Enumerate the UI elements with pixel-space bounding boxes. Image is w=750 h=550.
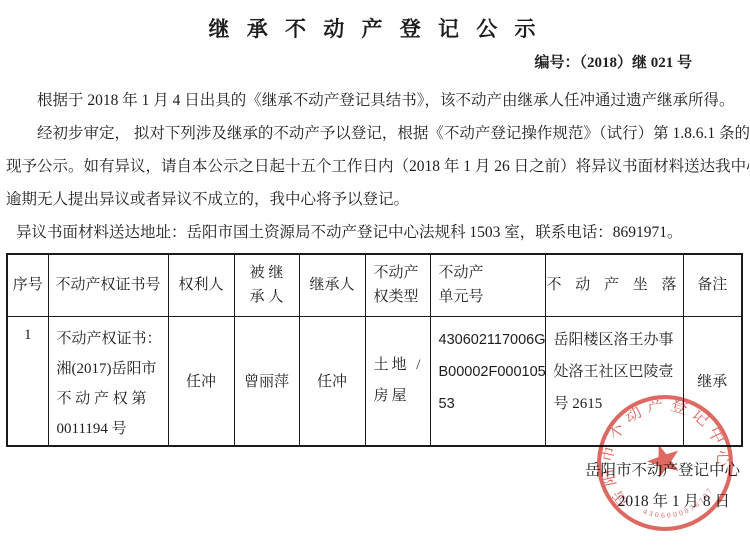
header-line: 单元号 bbox=[439, 285, 544, 309]
body-line-1: 根据于 2018 年 1 月 4 日出具的《继承不动产登记具结书》，该不动产由继… bbox=[6, 84, 744, 117]
col-header-cert: 不动产权证书号 bbox=[48, 254, 168, 316]
col-header-heir: 继承人 bbox=[299, 254, 365, 316]
col-header-type: 不动产 权类型 bbox=[365, 254, 430, 316]
col-header-holder: 权利人 bbox=[168, 254, 234, 316]
cell-line: 不 动 产 权 第 bbox=[57, 384, 164, 414]
cell-line: 53 bbox=[439, 388, 543, 420]
cell-holder: 任冲 bbox=[168, 316, 234, 446]
table-header-row: 序号 不动产权证书号 权利人 被 继 承 人 继承人 不动产 权类型 不动产 单… bbox=[7, 254, 742, 316]
issue-date: 2018 年 1 月 8 日 bbox=[6, 486, 740, 517]
table-row: 1 不动产权证书： 湘(2017)岳阳市 不 动 产 权 第 0011194 号… bbox=[7, 316, 742, 446]
header-line: 权类型 bbox=[374, 285, 429, 309]
cell-line: 岳阳楼区洛王办事 bbox=[554, 324, 679, 356]
page-title: 继 承 不 动 产 登 记 公 示 bbox=[6, 16, 744, 42]
notice-document: 继 承 不 动 产 登 记 公 示 编号：（2018）继 021 号 根据于 2… bbox=[0, 0, 750, 517]
cell-line: 湘(2017)岳阳市 bbox=[57, 354, 164, 384]
header-line: 被 继 bbox=[236, 261, 298, 285]
col-header-unit: 不动产 单元号 bbox=[430, 254, 545, 316]
cell-line: 土地 / bbox=[374, 350, 429, 381]
cell-line: 号 2615 bbox=[554, 388, 679, 420]
header-line: 不动产 bbox=[439, 261, 544, 285]
notice-body: 根据于 2018 年 1 月 4 日出具的《继承不动产登记具结书》，该不动产由继… bbox=[6, 84, 744, 249]
document-number: 编号：（2018）继 021 号 bbox=[6, 52, 744, 74]
body-line-2: 经初步审定， 拟对下列涉及继承的不动产予以登记，根据《不动产登记操作规范》（试行… bbox=[6, 117, 744, 150]
cell-note: 继承 bbox=[683, 316, 742, 446]
body-line-5: 异议书面材料送达地址：岳阳市国土资源局不动产登记中心法规科 1503 室，联系电… bbox=[6, 216, 744, 249]
cell-line: 房屋 bbox=[374, 381, 429, 412]
cell-line: 不动产权证书： bbox=[57, 324, 164, 354]
registration-table: 序号 不动产权证书号 权利人 被 继 承 人 继承人 不动产 权类型 不动产 单… bbox=[6, 253, 743, 447]
body-line-3: 现予公示。如有异议，请自本公示之日起十五个工作日内（2018 年 1 月 26 … bbox=[6, 150, 744, 183]
cell-line: 0011194 号 bbox=[57, 414, 164, 444]
cell-certificate-number: 不动产权证书： 湘(2017)岳阳市 不 动 产 权 第 0011194 号 bbox=[48, 316, 168, 446]
col-header-note: 备注 bbox=[683, 254, 742, 316]
cell-line: B00002F000105 bbox=[439, 356, 543, 388]
body-line-4: 逾期无人提出异议或者异议不成立的，我中心将予以登记。 bbox=[6, 183, 744, 216]
signature-block: 岳阳市不动产登记中心 2018 年 1 月 8 日 bbox=[6, 456, 744, 517]
header-line: 承 人 bbox=[236, 285, 298, 309]
col-header-decedent: 被 继 承 人 bbox=[234, 254, 299, 316]
cell-heir: 任冲 bbox=[299, 316, 365, 446]
col-header-seq: 序号 bbox=[7, 254, 48, 316]
cell-unit-number: 430602117006G B00002F000105 53 bbox=[430, 316, 545, 446]
col-header-location: 不 动 产 坐 落 bbox=[545, 254, 683, 316]
header-line: 不动产 bbox=[374, 261, 429, 285]
cell-property-type: 土地 / 房屋 bbox=[365, 316, 430, 446]
cell-seq: 1 bbox=[7, 316, 48, 446]
cell-decedent: 曾丽萍 bbox=[234, 316, 299, 446]
cell-location: 岳阳楼区洛王办事 处洛王社区巴陵壹 号 2615 bbox=[545, 316, 683, 446]
cell-line: 430602117006G bbox=[439, 324, 543, 356]
issuer-name: 岳阳市不动产登记中心 bbox=[6, 456, 740, 486]
cell-line: 处洛王社区巴陵壹 bbox=[554, 356, 679, 388]
